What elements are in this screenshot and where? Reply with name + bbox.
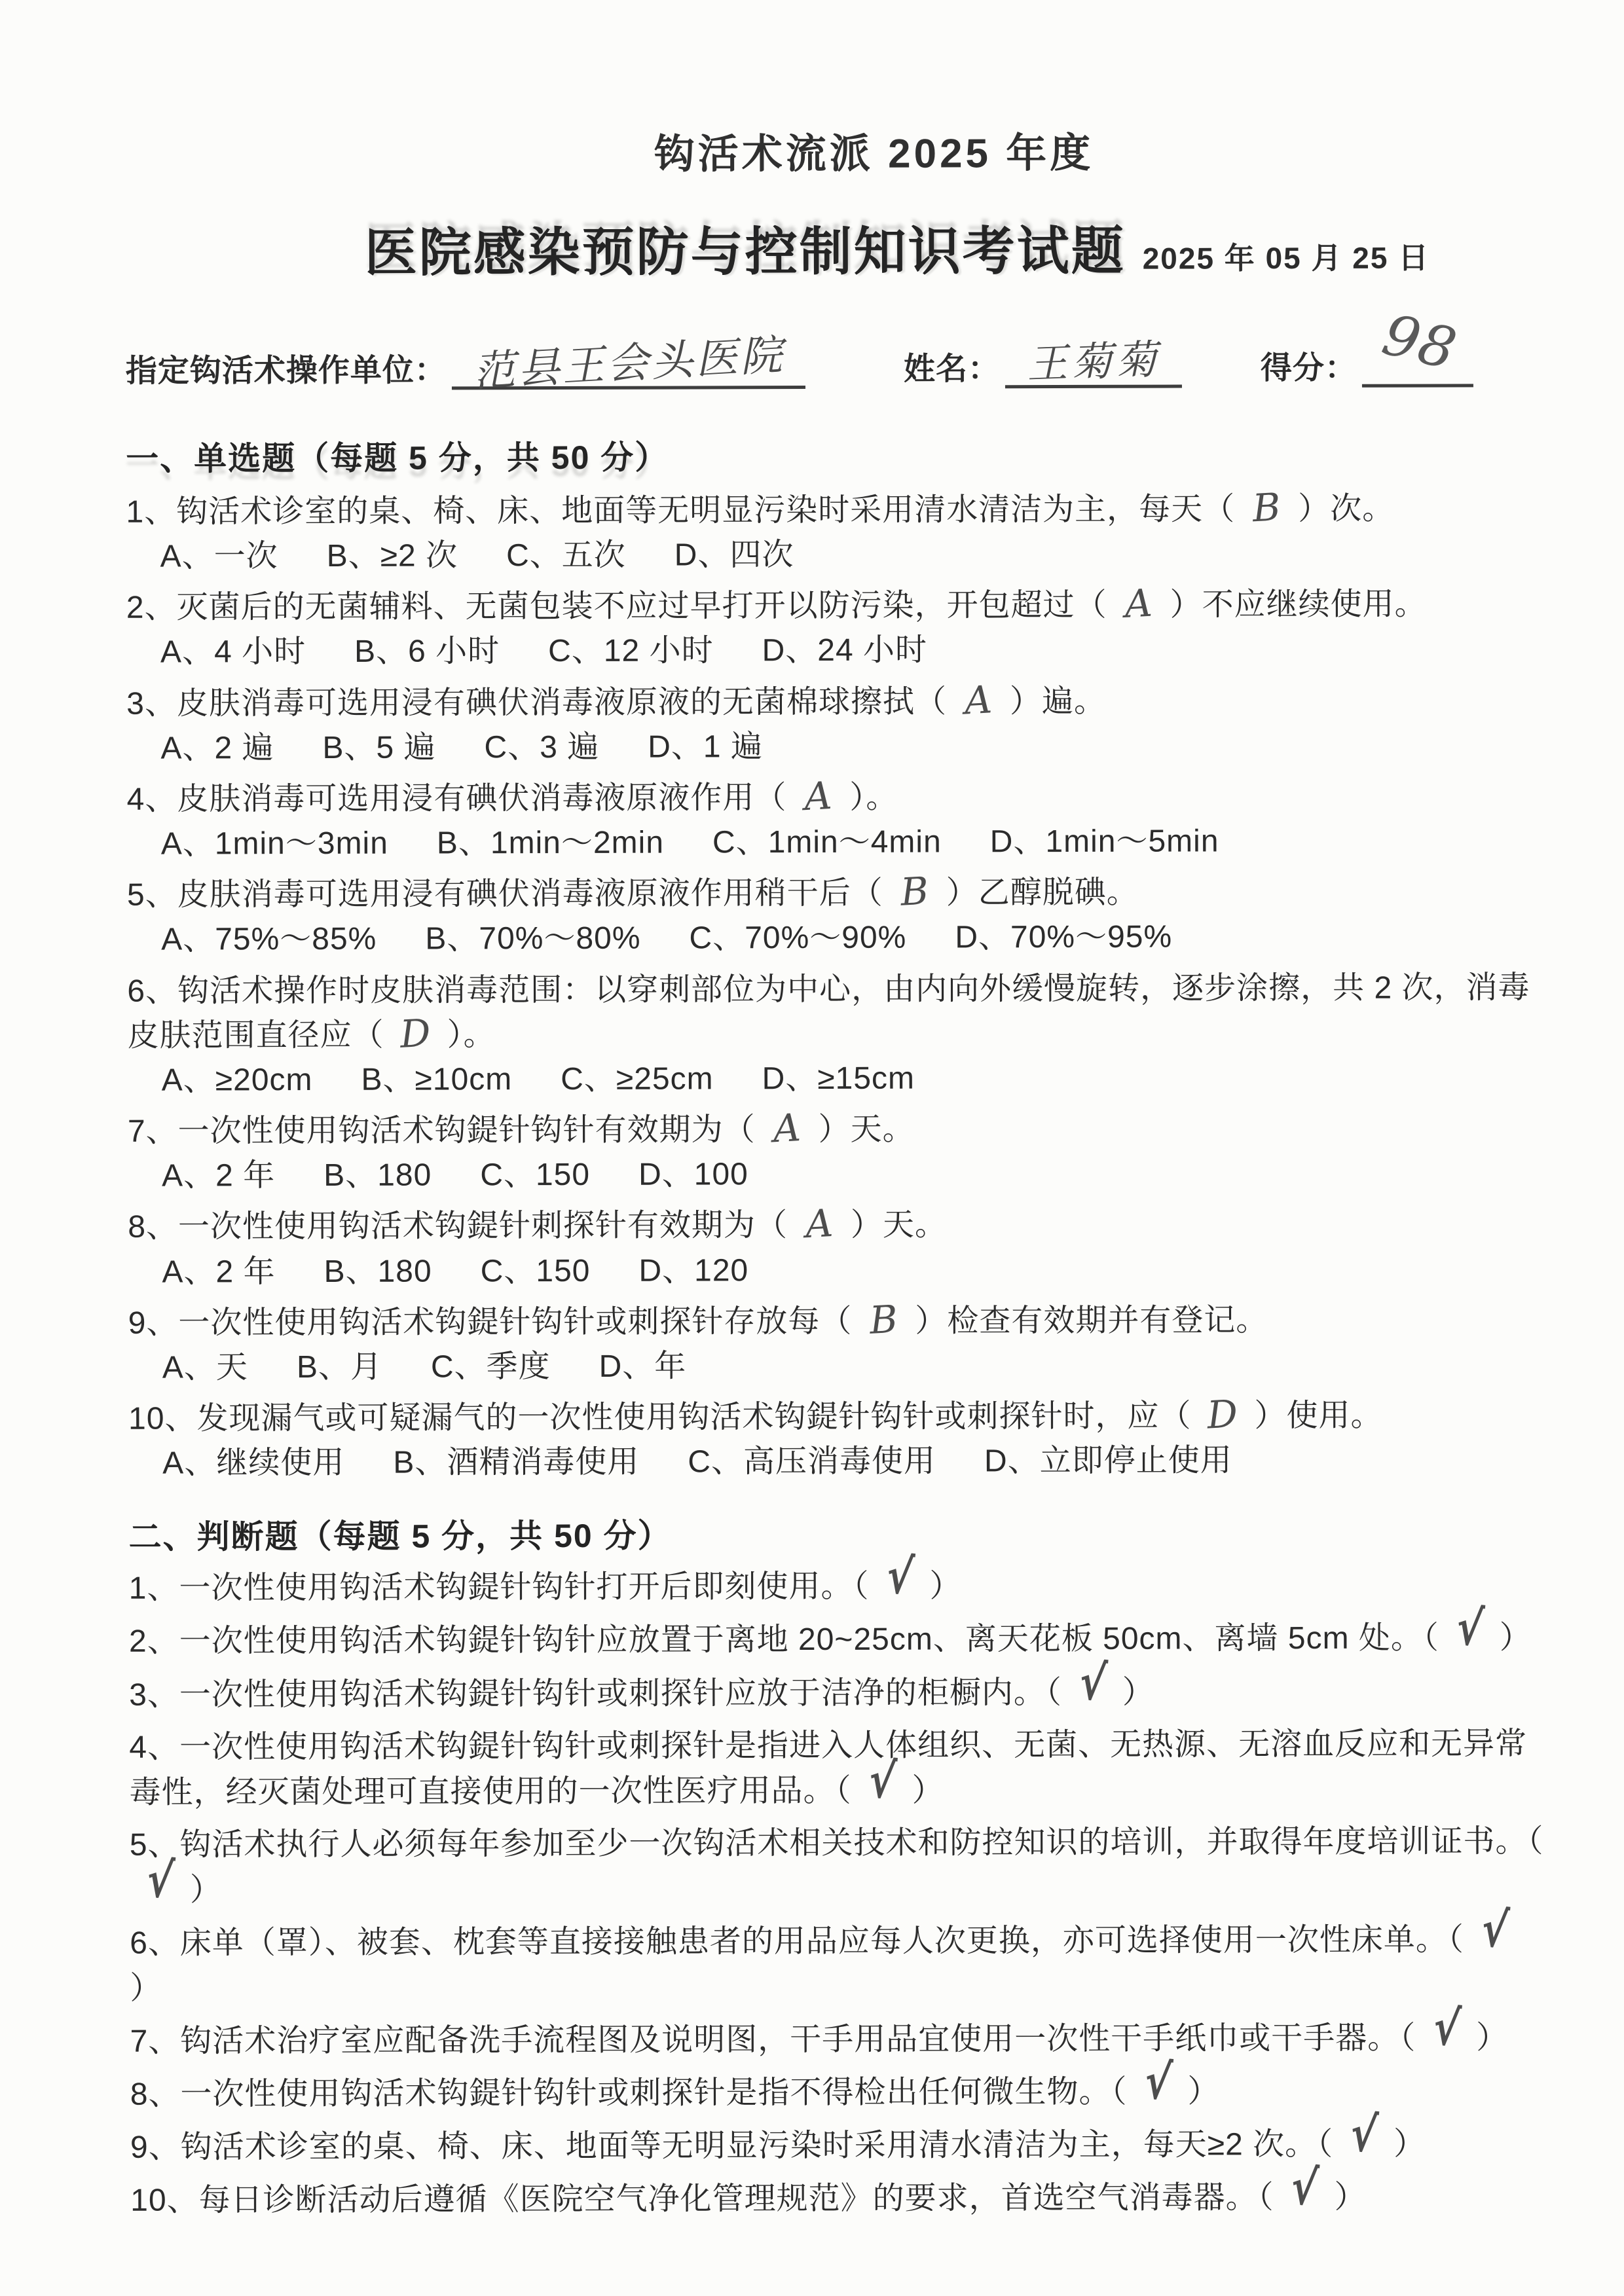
handwritten-checkmark: √ xyxy=(850,1754,915,1809)
option: B、≥10cm xyxy=(361,1062,512,1097)
handwritten-answer: B xyxy=(882,871,947,912)
option: C、150 xyxy=(481,1253,591,1288)
mcq-question-2: 2、灭菌后的无菌辅料、无菌包装不应过早打开以防污染，开包超过（A）不应继续使用。… xyxy=(126,582,1545,675)
option: A、≥20cm xyxy=(162,1063,313,1098)
option: B、70%～80% xyxy=(425,921,640,957)
question-text: 1、一次性使用钩活术钩鍉针钩针打开后即刻使用。（ xyxy=(129,1569,870,1606)
handwritten-checkmark: √ xyxy=(1414,2001,1479,2056)
handwritten-checkmark: √ xyxy=(1126,2055,1190,2110)
judgment-question-2: 2、一次性使用钩活术钩鍉针钩针应放置于离地 20~25cm、离天花板 50cm、… xyxy=(129,1615,1548,1664)
question-text-after: ）遍。 xyxy=(1010,683,1106,718)
question-text-after: ）不应继续使用。 xyxy=(1170,587,1426,623)
question-text-after: ） xyxy=(929,1569,961,1604)
option: D、1 遍 xyxy=(648,729,763,764)
exam-paper-page: 钩活术流派 2025 年度 医院感染预防与控制知识考试题2025 年 05 月 … xyxy=(0,0,1624,2296)
option: B、月 xyxy=(297,1350,382,1385)
handwritten-checkmark: √ xyxy=(868,1550,932,1605)
name-field-blank: 王菊菊 xyxy=(1005,327,1182,389)
question-text: 2、一次性使用钩活术钩鍉针钩针应放置于离地 20~25cm、离天花板 50cm、… xyxy=(129,1621,1439,1659)
score-field-blank: 98 xyxy=(1362,318,1473,387)
question-text: 9、一次性使用钩活术钩鍉针钩针或刺探针存放每（ xyxy=(128,1303,853,1340)
options-line: A、2 年B、180C、150D、120 xyxy=(162,1247,1547,1295)
mcq-question-5: 5、皮肤消毒可选用浸有碘伏消毒液原液作用稍干后（B）乙醇脱碘。 A、75%～85… xyxy=(127,869,1546,962)
option: A、2 遍 xyxy=(160,731,274,765)
question-text-after: ） xyxy=(190,1873,222,1908)
handwritten-answer: A xyxy=(786,775,851,816)
handwritten-checkmark: √ xyxy=(1331,2107,1396,2162)
question-text: 8、一次性使用钩活术钩鍉针钩针或刺探针是指不得检出任何微生物。（ xyxy=(130,2075,1128,2112)
options-line: A、天B、月C、季度D、年 xyxy=(162,1342,1547,1391)
handwritten-checkmark: √ xyxy=(128,1853,193,1908)
options-line: A、一次B、≥2 次C、五次D、四次 xyxy=(160,531,1545,579)
option: C、季度 xyxy=(431,1349,551,1384)
section1-heading: 一、单选题（每题 5 分，共 50 分） xyxy=(126,429,1545,480)
option: C、高压消毒使用 xyxy=(688,1444,936,1480)
option: B、酒精消毒使用 xyxy=(393,1445,639,1480)
option: D、≥15cm xyxy=(762,1061,915,1096)
question-text-after: ）乙醇脱碘。 xyxy=(946,875,1139,911)
question-text-after: ）次。 xyxy=(1298,492,1394,526)
options-line: A、2 年B、180C、150D、100 xyxy=(162,1150,1547,1199)
judgment-question-6: 6、床单（罩）、被套、枕套等直接接触患者的用品应每人次更换，亦可选择使用一次性床… xyxy=(130,1917,1549,2011)
judgment-question-9: 9、钩活术诊室的桌、椅、床、地面等无明显污染时采用清水清洁为主，每天≥2 次。（… xyxy=(130,2121,1549,2170)
handwritten-answer: B xyxy=(851,1299,916,1340)
question-text: 10、每日诊断活动后遵循《医院空气净化管理规范》的要求，首选空气消毒器。（ xyxy=(130,2180,1274,2218)
question-text-after: ） xyxy=(912,1773,944,1808)
option: C、1min～4min xyxy=(712,825,942,860)
question-text-after: ） xyxy=(1335,2180,1367,2215)
option: A、继续使用 xyxy=(162,1446,344,1481)
options-line: A、1min～3minB、1min～2minC、1min～4minD、1min～… xyxy=(161,818,1546,867)
mcq-question-6: 6、钩活术操作时皮肤消毒范围：以穿刺部位为中心，由内向外缓慢旋转，逐步涂擦，共 … xyxy=(127,966,1547,1103)
judgment-question-1: 1、一次性使用钩活术钩鍉针钩针打开后即刻使用。（√） xyxy=(129,1562,1548,1611)
name-handwritten-value: 王菊菊 xyxy=(1025,327,1161,390)
option: B、180 xyxy=(323,1158,432,1193)
question-line: 2、灭菌后的无菌辅料、无菌包装不应过早打开以防污染，开包超过（A）不应继续使用。 xyxy=(126,582,1545,630)
question-text: 2、灭菌后的无菌辅料、无菌包装不应过早打开以防污染，开包超过（ xyxy=(126,588,1107,625)
question-text-after: ）检查有效期并有登记。 xyxy=(915,1303,1268,1338)
options-line: A、4 小时B、6 小时C、12 小时D、24 小时 xyxy=(160,627,1545,676)
handwritten-checkmark: √ xyxy=(1437,1601,1502,1656)
options-line: A、≥20cmB、≥10cmC、≥25cmD、≥15cm xyxy=(162,1055,1547,1103)
unit-label: 指定钩活术操作单位： xyxy=(126,344,447,390)
question-text-after: ） xyxy=(130,1971,162,2005)
handwritten-answer: A xyxy=(787,1203,852,1245)
true-false-question-list: 1、一次性使用钩活术钩鍉针钩针打开后即刻使用。（√） 2、一次性使用钩活术钩鍉针… xyxy=(129,1562,1550,2223)
option: B、6 小时 xyxy=(354,634,500,670)
option: A、1min～3min xyxy=(161,826,388,862)
option: A、2 年 xyxy=(162,1158,275,1193)
question-text: 1、钩活术诊室的桌、椅、床、地面等无明显污染时采用清水清洁为主，每天（ xyxy=(126,492,1235,529)
score-handwritten-value: 98 xyxy=(1376,302,1463,383)
question-line: 3、皮肤消毒可选用浸有碘伏消毒液原液的无菌棉球擦拭（A）遍。 xyxy=(126,678,1545,727)
option: B、1min～2min xyxy=(437,826,664,861)
candidate-info-row: 指定钩活术操作单位： 范县王会头医院 姓名： 王菊菊 得分： 98 xyxy=(126,318,1545,391)
question-text-after: ） xyxy=(1476,2020,1508,2055)
question-text-after: ） xyxy=(1500,1621,1532,1656)
question-text: 3、皮肤消毒可选用浸有碘伏消毒液原液的无菌棉球擦拭（ xyxy=(126,684,947,721)
handwritten-checkmark: √ xyxy=(1272,2160,1337,2215)
question-line: 9、一次性使用钩活术钩鍉针钩针或刺探针存放每（B）检查有效期并有登记。 xyxy=(128,1298,1547,1346)
handwritten-answer: A xyxy=(1106,583,1171,624)
question-line: 7、一次性使用钩活术钩鍉针钩针有效期为（A）天。 xyxy=(128,1106,1547,1154)
question-text-after: ）。 xyxy=(447,1017,495,1052)
mcq-question-9: 9、一次性使用钩活术钩鍉针钩针或刺探针存放每（B）检查有效期并有登记。 A、天B… xyxy=(128,1298,1547,1391)
question-text-after: ） xyxy=(1187,2074,1219,2109)
exam-date: 2025 年 05 月 25 日 xyxy=(1143,241,1430,276)
judgment-question-5: 5、钩活术执行人必须每年参加至少一次钩活术相关技术和防控知识的培训，并取得年度培… xyxy=(130,1819,1549,1913)
option: C、150 xyxy=(480,1157,590,1192)
section2-heading: 二、判断题（每题 5 分，共 50 分） xyxy=(128,1507,1547,1558)
question-line: 5、皮肤消毒可选用浸有碘伏消毒液原液作用稍干后（B）乙醇脱碘。 xyxy=(127,869,1546,918)
judgment-question-4: 4、一次性使用钩活术钩鍉针钩针或刺探针是指进入人体组织、无菌、无热源、无溶血反应… xyxy=(129,1722,1548,1815)
question-line: 10、发现漏气或可疑漏气的一次性使用钩活术钩鍉针钩针或刺探针时，应（D）使用。 xyxy=(128,1393,1547,1442)
option: A、4 小时 xyxy=(160,634,306,670)
question-text: 7、钩活术治疗室应配备洗手流程图及说明图，干手用品宜使用一次性干手纸巾或干手器。… xyxy=(130,2020,1416,2058)
question-text: 5、皮肤消毒可选用浸有碘伏消毒液原液作用稍干后（ xyxy=(127,876,883,913)
question-text: 4、一次性使用钩活术钩鍉针钩针或刺探针是指进入人体组织、无菌、无热源、无溶血反应… xyxy=(129,1726,1527,1810)
option: A、一次 xyxy=(160,539,278,574)
option: C、3 遍 xyxy=(484,730,599,765)
question-text: 10、发现漏气或可疑漏气的一次性使用钩活术钩鍉针钩针或刺探针时，应（ xyxy=(128,1398,1192,1436)
option: C、五次 xyxy=(506,538,626,573)
question-text-after: ）使用。 xyxy=(1254,1398,1382,1434)
question-text: 9、钩活术诊室的桌、椅、床、地面等无明显污染时采用清水清洁为主，每天≥2 次。（ xyxy=(130,2127,1333,2165)
name-label: 姓名： xyxy=(904,343,1000,388)
handwritten-checkmark: √ xyxy=(1060,1656,1125,1711)
option: B、180 xyxy=(323,1254,432,1288)
option: D、年 xyxy=(599,1349,687,1383)
options-line: A、75%～85%B、70%～80%C、70%～90%D、70%～95% xyxy=(161,914,1546,962)
question-line: 8、一次性使用钩活术钩鍉针刺探针有效期为（A）天。 xyxy=(128,1201,1547,1250)
option: C、12 小时 xyxy=(548,634,714,669)
handwritten-answer: B xyxy=(1234,487,1299,528)
option: B、≥2 次 xyxy=(327,539,458,574)
options-line: A、继续使用B、酒精消毒使用C、高压消毒使用D、立即停止使用 xyxy=(162,1438,1547,1486)
exam-title: 医院感染预防与控制知识考试题 xyxy=(365,222,1126,282)
question-text: 8、一次性使用钩活术钩鍉针刺探针有效期为（ xyxy=(128,1208,788,1245)
options-line: A、2 遍B、5 遍C、3 遍D、1 遍 xyxy=(160,723,1545,771)
question-text: 5、钩活术执行人必须每年参加至少一次钩活术相关技术和防控知识的培训，并取得年度培… xyxy=(130,1824,1544,1863)
option: C、70%～90% xyxy=(689,920,906,956)
mcq-question-3: 3、皮肤消毒可选用浸有碘伏消毒液原液的无菌棉球擦拭（A）遍。 A、2 遍B、5 … xyxy=(126,678,1545,771)
mcq-question-7: 7、一次性使用钩活术钩鍉针钩针有效期为（A）天。 A、2 年B、180C、150… xyxy=(128,1106,1547,1199)
question-text: 6、钩活术操作时皮肤消毒范围：以穿刺部位为中心，由内向外缓慢旋转，逐步涂擦，共 … xyxy=(127,970,1530,1053)
question-text-after: ）天。 xyxy=(851,1208,947,1243)
option: D、24 小时 xyxy=(762,633,927,668)
option: D、立即停止使用 xyxy=(984,1443,1232,1478)
question-text: 6、床单（罩）、被套、枕套等直接接触患者的用品应每人次更换，亦可选择使用一次性床… xyxy=(130,1923,1464,1961)
question-text: 7、一次性使用钩活术钩鍉针钩针有效期为（ xyxy=(128,1112,756,1149)
option: D、100 xyxy=(638,1157,748,1192)
question-text: 3、一次性使用钩活术钩鍉针钩针或刺探针应放于洁净的柜橱内。（ xyxy=(129,1675,1062,1713)
option: A、2 年 xyxy=(162,1254,275,1289)
handwritten-answer: D xyxy=(1190,1394,1255,1435)
mcq-question-4: 4、皮肤消毒可选用浸有碘伏消毒液原液作用（A）。 A、1min～3minB、1m… xyxy=(127,774,1546,867)
option: D、70%～95% xyxy=(955,920,1172,955)
mcq-question-1: 1、钩活术诊室的桌、椅、床、地面等无明显污染时采用清水清洁为主，每天（B）次。 … xyxy=(126,486,1545,579)
unit-handwritten-value: 范县王会头医院 xyxy=(471,321,786,399)
series-title: 钩活术流派 2025 年度 xyxy=(164,119,1583,181)
judgment-question-10: 10、每日诊断活动后遵循《医院空气净化管理规范》的要求，首选空气消毒器。（√） xyxy=(130,2174,1549,2223)
unit-field-blank: 范县王会头医院 xyxy=(452,325,805,390)
option: A、天 xyxy=(162,1350,248,1385)
mcq-question-8: 8、一次性使用钩活术钩鍉针刺探针有效期为（A）天。 A、2 年B、180C、15… xyxy=(128,1201,1547,1294)
question-text-after: ） xyxy=(1122,1675,1154,1709)
handwritten-answer: D xyxy=(383,1013,448,1054)
handwritten-answer: A xyxy=(754,1108,819,1149)
question-text: 4、皮肤消毒可选用浸有碘伏消毒液原液作用（ xyxy=(127,780,787,817)
option: C、≥25cm xyxy=(561,1061,714,1097)
question-text-after: ） xyxy=(1393,2127,1426,2162)
question-text-after: ）。 xyxy=(849,780,898,815)
score-label: 得分： xyxy=(1261,342,1357,388)
option: B、5 遍 xyxy=(322,730,435,765)
question-line: 6、钩活术操作时皮肤消毒范围：以穿刺部位为中心，由内向外缓慢旋转，逐步涂擦，共 … xyxy=(127,966,1546,1059)
option: D、1min～5min xyxy=(990,824,1219,859)
mcq-question-10: 10、发现漏气或可疑漏气的一次性使用钩活术钩鍉针钩针或刺探针时，应（D）使用。 … xyxy=(128,1393,1547,1486)
handwritten-checkmark: √ xyxy=(1462,1903,1527,1958)
judgment-question-7: 7、钩活术治疗室应配备洗手流程图及说明图，干手用品宜使用一次性干手纸巾或干手器。… xyxy=(130,2015,1549,2064)
single-choice-question-list: 1、钩活术诊室的桌、椅、床、地面等无明显污染时采用清水清洁为主，每天（B）次。 … xyxy=(126,486,1547,1486)
question-line: 4、皮肤消毒可选用浸有碘伏消毒液原液作用（A）。 xyxy=(127,774,1546,822)
option: D、120 xyxy=(638,1253,748,1288)
judgment-question-3: 3、一次性使用钩活术钩鍉针钩针或刺探针应放于洁净的柜橱内。（√） xyxy=(129,1669,1548,1718)
handwritten-answer: A xyxy=(946,679,1010,720)
question-text-after: ）天。 xyxy=(819,1112,915,1147)
option: D、四次 xyxy=(674,538,794,572)
option: A、75%～85% xyxy=(161,922,377,957)
main-title-row: 医院感染预防与控制知识考试题2025 年 05 月 25 日 xyxy=(187,208,1606,287)
question-line: 1、钩活术诊室的桌、椅、床、地面等无明显污染时采用清水清洁为主，每天（B）次。 xyxy=(126,486,1545,535)
